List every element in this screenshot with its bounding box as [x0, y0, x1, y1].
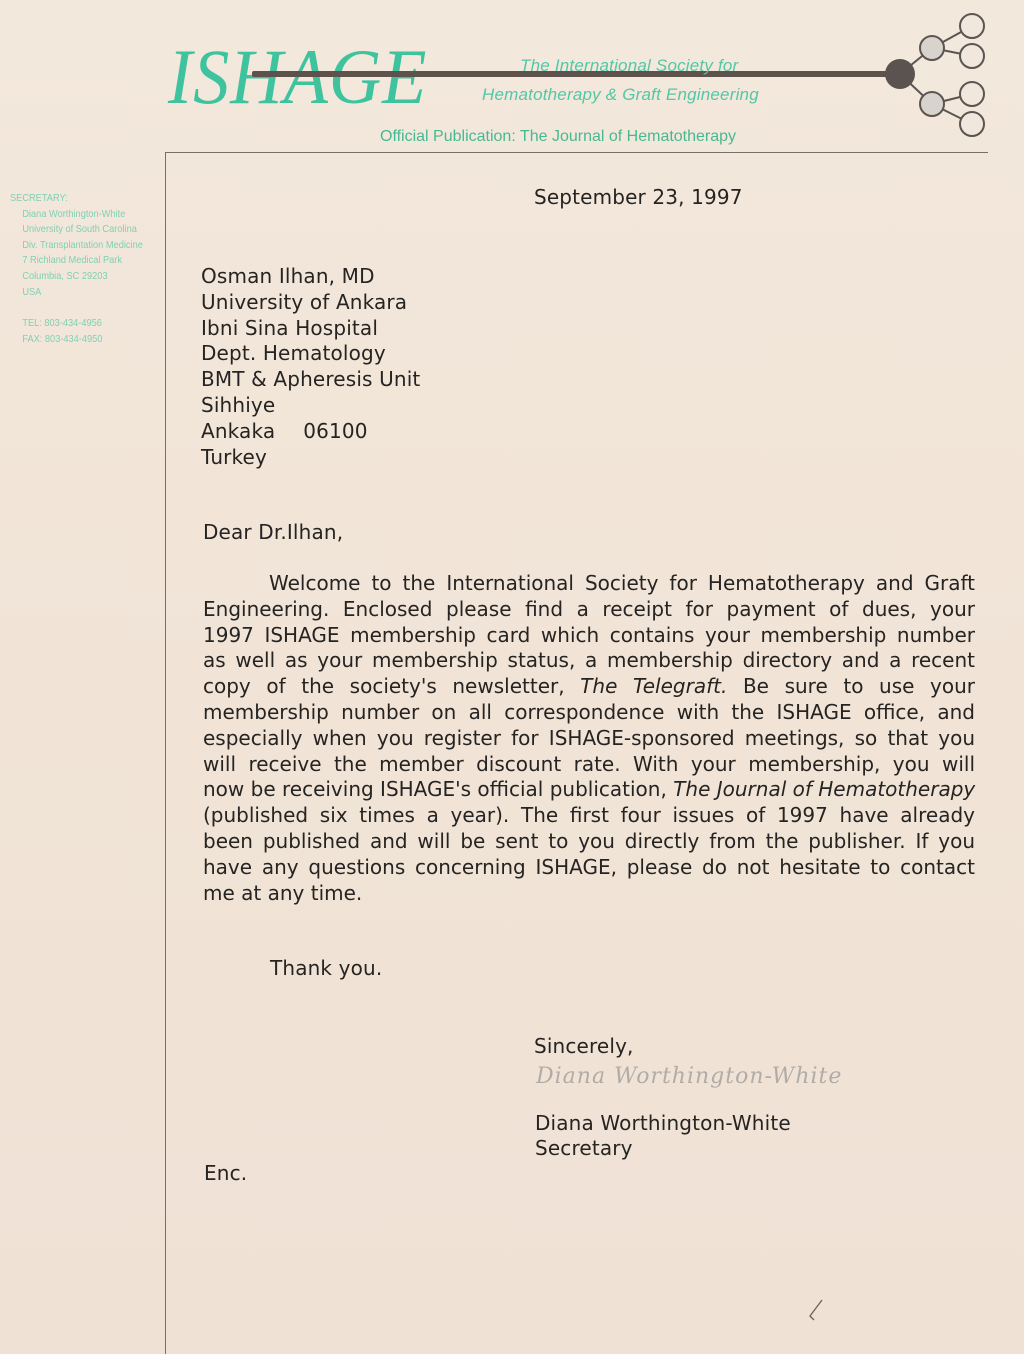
body-line: now be receiving ISHAGE's official publi…: [203, 777, 975, 803]
margin-rule: [165, 152, 166, 1354]
body-line: will receive the member discount rate. W…: [203, 752, 975, 778]
recipient-dept: Dept. Hematology: [201, 341, 420, 367]
tagline-line1: The International Society for: [520, 56, 738, 76]
recipient-name: Osman Ilhan, MD: [201, 264, 420, 290]
signer-block: Diana Worthington-White Secretary: [535, 1111, 791, 1161]
body-line: 1997 ISHAGE membership card which contai…: [203, 623, 975, 649]
letter-date: September 23, 1997: [534, 185, 743, 209]
salutation: Dear Dr.Ilhan,: [203, 520, 343, 544]
body-line: as well as your membership status, a mem…: [203, 648, 975, 674]
secretary-tel: TEL: 803-434-4956: [10, 316, 143, 332]
recipient-city: Ankaka: [201, 419, 275, 443]
secretary-division: Div. Transplantation Medicine: [10, 238, 143, 254]
recipient-unit: BMT & Apheresis Unit: [201, 367, 420, 393]
header-rule: [165, 152, 988, 153]
handwritten-signature: Diana Worthington-White: [536, 1064, 842, 1089]
branching-tree-icon: [876, 8, 996, 142]
body-line: me at any time.: [203, 881, 975, 907]
pen-mark: [806, 1296, 826, 1324]
secretary-name: Diana Worthington-White: [10, 207, 143, 223]
recipient-district: Sihhiye: [201, 393, 420, 419]
body-line: copy of the society's newsletter, The Te…: [203, 674, 975, 700]
newsletter-title: The Telegraft.: [580, 674, 727, 698]
body-line: especially when you register for ISHAGE-…: [203, 726, 975, 752]
letter-body: Welcome to the International Society for…: [203, 571, 975, 906]
body-line: (published six times a year). The first …: [203, 803, 975, 829]
recipient-university: University of Ankara: [201, 290, 420, 316]
secretary-contact: SECRETARY: Diana Worthington-White Unive…: [10, 191, 143, 347]
thank-you: Thank you.: [270, 956, 382, 980]
secretary-country: USA: [10, 285, 143, 301]
closing: Sincerely,: [534, 1034, 634, 1058]
official-publication: Official Publication: The Journal of Hem…: [380, 128, 736, 146]
body-line: Engineering. Enclosed please find a rece…: [203, 597, 975, 623]
recipient-hospital: Ibni Sina Hospital: [201, 316, 420, 342]
tagline-line2: Hematotherapy & Graft Engineering: [482, 85, 759, 105]
recipient-zip: 06100: [303, 419, 367, 443]
body-line: have any questions concerning ISHAGE, pl…: [203, 855, 975, 881]
recipient-country: Turkey: [201, 445, 420, 471]
body-line: Welcome to the International Society for…: [203, 571, 975, 597]
body-line: membership number on all correspondence …: [203, 700, 975, 726]
enclosure-note: Enc.: [204, 1161, 247, 1185]
body-line: been published and will be sent to you d…: [203, 829, 975, 855]
journal-title: The Journal of Hematotherapy: [673, 777, 975, 801]
signer-name: Diana Worthington-White: [535, 1111, 791, 1136]
secretary-university: University of South Carolina: [10, 222, 143, 238]
recipient-address: Osman Ilhan, MD University of Ankara Ibn…: [201, 264, 420, 470]
secretary-city: Columbia, SC 29203: [10, 269, 143, 285]
secretary-heading: SECRETARY:: [10, 191, 143, 207]
signer-title: Secretary: [535, 1136, 791, 1161]
secretary-fax: FAX: 803-434-4950: [10, 332, 143, 348]
ishage-logo: ISHAGE: [168, 38, 427, 116]
secretary-street: 7 Richland Medical Park: [10, 253, 143, 269]
